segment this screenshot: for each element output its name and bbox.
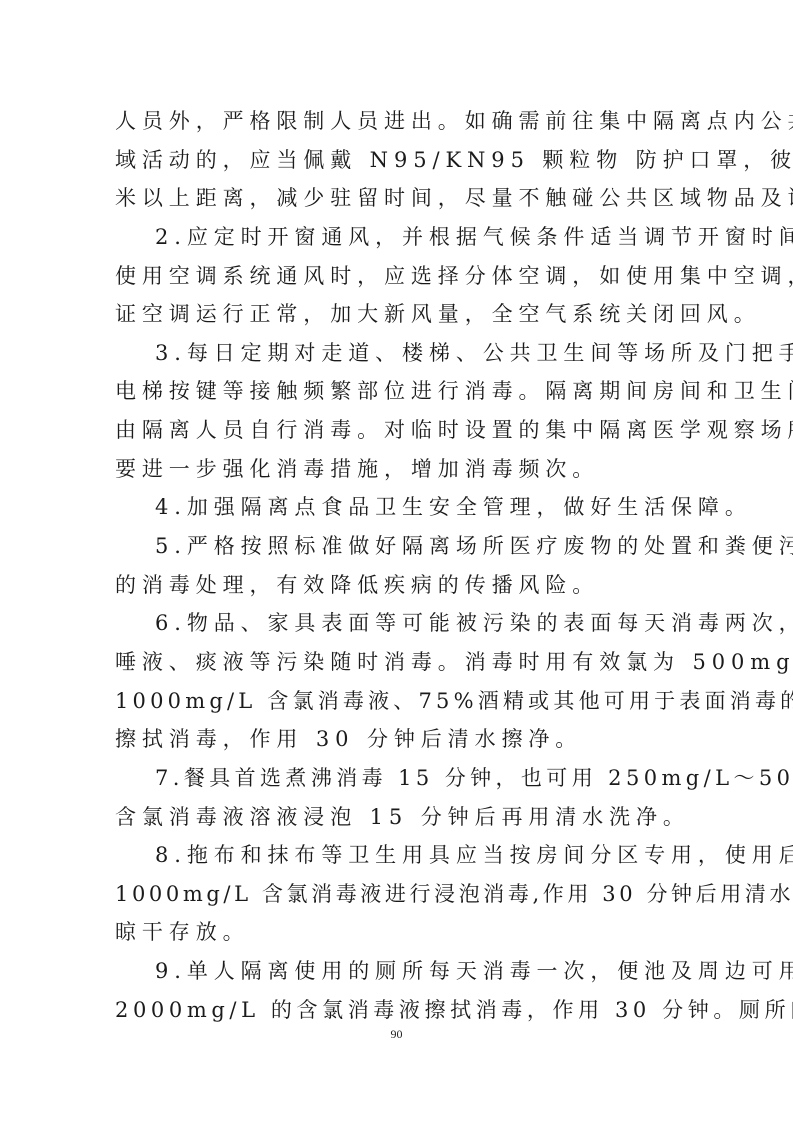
paragraph-5-start: 5.严格按照标准做好隔离场所医疗废物的处置和粪便污水	[115, 527, 689, 566]
document-page: 人员外，严格限制人员进出。如确需前往集中隔离点内公共区 域活动的，应当佩戴 N9…	[0, 0, 793, 1122]
text-line: 唾液、痰液等污染随时消毒。消毒时用有效氯为 500mg/L～	[115, 643, 689, 682]
text-line: 含氯消毒液溶液浸泡 15 分钟后再用清水洗净。	[115, 798, 689, 837]
paragraph-7-start: 7.餐具首选煮沸消毒 15 分钟，也可用 250mg/L～500mg/L	[115, 759, 689, 798]
paragraph-3-start: 3.每日定期对走道、楼梯、公共卫生间等场所及门把手和	[115, 334, 689, 373]
text-line: 1000mg/L 含氯消毒液进行浸泡消毒,作用 30 分钟后用清水冲净，	[115, 875, 689, 914]
text-line: 由隔离人员自行消毒。对临时设置的集中隔离医学观察场所，	[115, 411, 689, 450]
body-text: 人员外，严格限制人员进出。如确需前往集中隔离点内公共区 域活动的，应当佩戴 N9…	[115, 102, 689, 1029]
text-line: 的消毒处理，有效降低疾病的传播风险。	[115, 566, 689, 605]
text-line: 使用空调系统通风时，应选择分体空调，如使用集中空调，保	[115, 257, 689, 296]
text-line: 2000mg/L 的含氯消毒液擦拭消毒，作用 30 分钟。厕所门把手、	[115, 991, 689, 1030]
text-line: 证空调运行正常，加大新风量，全空气系统关闭回风。	[115, 295, 689, 334]
page-number: 90	[0, 1027, 793, 1042]
paragraph-8-start: 8.拖布和抹布等卫生用具应当按房间分区专用，使用后以	[115, 836, 689, 875]
text-line: 人员外，严格限制人员进出。如确需前往集中隔离点内公共区	[115, 102, 689, 141]
paragraph-9-start: 9.单人隔离使用的厕所每天消毒一次，便池及周边可用	[115, 952, 689, 991]
paragraph-4-start: 4.加强隔离点食品卫生安全管理，做好生活保障。	[115, 488, 689, 527]
text-line: 要进一步强化消毒措施，增加消毒频次。	[115, 450, 689, 489]
text-line: 1000mg/L 含氯消毒液、75%酒精或其他可用于表面消毒的消毒剂	[115, 682, 689, 721]
paragraph-2-start: 2.应定时开窗通风，并根据气候条件适当调节开窗时间；	[115, 218, 689, 257]
text-line: 域活动的，应当佩戴 N95/KN95 颗粒物 防护口罩，彼此间保持 1	[115, 141, 689, 180]
text-line: 晾干存放。	[115, 913, 689, 952]
text-line: 米以上距离，减少驻留时间，尽量不触碰公共区域物品及设施。	[115, 179, 689, 218]
text-line: 擦拭消毒，作用 30 分钟后清水擦净。	[115, 720, 689, 759]
paragraph-6-start: 6.物品、家具表面等可能被污染的表面每天消毒两次，受	[115, 604, 689, 643]
text-line: 电梯按键等接触频繁部位进行消毒。隔离期间房间和卫生间可	[115, 372, 689, 411]
